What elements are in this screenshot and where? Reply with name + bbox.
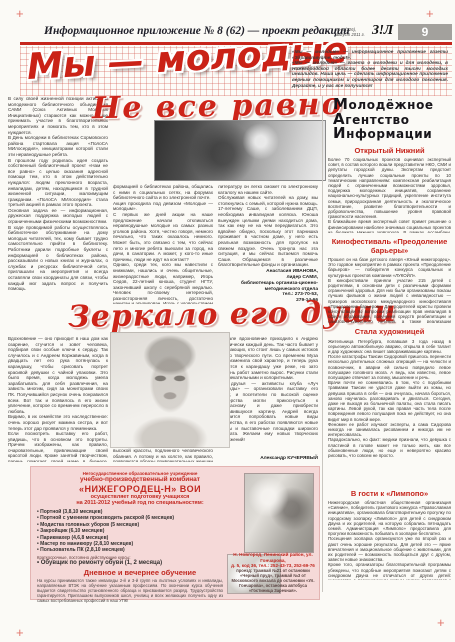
training-ad: Негосударственное образовательное учрежд… [30, 466, 320, 600]
article-zerkalo-ego-dushi: Вдохновение — оно приходит в наш дом как… [8, 304, 318, 462]
section-body-kinofestival: Прошел он на базе детского лагеря «Юный … [327, 257, 452, 323]
section-body-stala-khudozhnitsei: Жительница Петербурга, попавшая 3 года н… [327, 339, 452, 485]
article2-column3-text: Вначале вдохновение приходило к Андрею п… [218, 336, 318, 454]
section-title-limpopo: В гости к «Лимпопо» [329, 490, 450, 499]
section-body-limpopo: Нижегородская областная общественная орг… [327, 500, 452, 580]
crop-mark-icon: + [16, 7, 24, 20]
ad-directions: проезд: трамвай №21 от остановки «Черный… [231, 569, 315, 594]
page-number-badge: 9 [398, 24, 452, 40]
article2-pencil-sketch [110, 332, 230, 448]
agency-logo-line2: Агентство [333, 113, 452, 128]
ad-address: Н. Новгород, Ленинский район, ул. Гончар… [231, 552, 315, 568]
newspaper-logo: З!Л [372, 23, 393, 39]
agency-logo-line1: Молодёжное [333, 98, 452, 113]
crop-mark-icon: + [16, 626, 24, 639]
article2-column1: Вдохновение — оно приходит в наш дом как… [8, 336, 108, 462]
section-body-otkrytyi-nizhnii: Более 70 социальных проектов оценивал эк… [327, 157, 452, 233]
ad-org-subtype: учебно-производственный комбинат [37, 476, 243, 484]
crop-mark-icon: + [426, 7, 434, 20]
crop-mark-icon: + [437, 616, 445, 629]
ad-org-name: «НИЖЕГОРОДЕЦ-Н» ВОИ [37, 484, 243, 494]
ad-training-title: Дневное и вечернее обучение [37, 569, 243, 578]
ad-photo-students [244, 473, 314, 553]
newspaper-page: + + + + Информационное приложение № 8 (6… [0, 0, 455, 642]
article2-column3: Вначале вдохновение приходило к Андрею п… [218, 336, 318, 462]
agency-logo: Молодёжное Агентство Информации [333, 98, 452, 142]
agency-column: Молодёжное Агентство Информации Открытый… [327, 96, 452, 594]
section-title-kinofestival: Кинофестиваль «Преодоление барьеры» [329, 238, 450, 255]
section-title-stala-khudozhnitsei: Стала художницей [329, 328, 450, 337]
article-ne-vse-ravno: В силу своей жизненной позиции активисты… [8, 96, 318, 304]
ad-training-body: На курсы принимаются также инвалиды 2-й … [37, 578, 223, 603]
ad-specialties-list: • Портной (3,8,10 месяцев) • Портной с у… [37, 509, 249, 554]
article1-photo [154, 120, 326, 181]
ad-contact-block: Н. Новгород, Ленинский район, ул. Гончар… [231, 552, 315, 594]
ad-offer-line: осуществляет подготовку учащихся на 2011… [37, 494, 243, 507]
masthead-intro: «Мы — молодые» — информационное приложен… [292, 49, 448, 88]
article1-column3-text: литературу он легко сможет по электронно… [218, 184, 318, 267]
article2-signature: Александр КУЧЕРЯВЫЙ [218, 456, 318, 462]
section-title-otkrytyi-nizhnii: Открытый Нижний [329, 147, 450, 156]
ad-shoe-course: • Обувщик по ремонту обуви (1, 2 месяца) [37, 560, 249, 567]
article1-column1: В силу своей жизненной позиции активисты… [8, 96, 108, 304]
agency-logo-line3: Информации [333, 127, 452, 142]
column-separator [322, 96, 323, 592]
